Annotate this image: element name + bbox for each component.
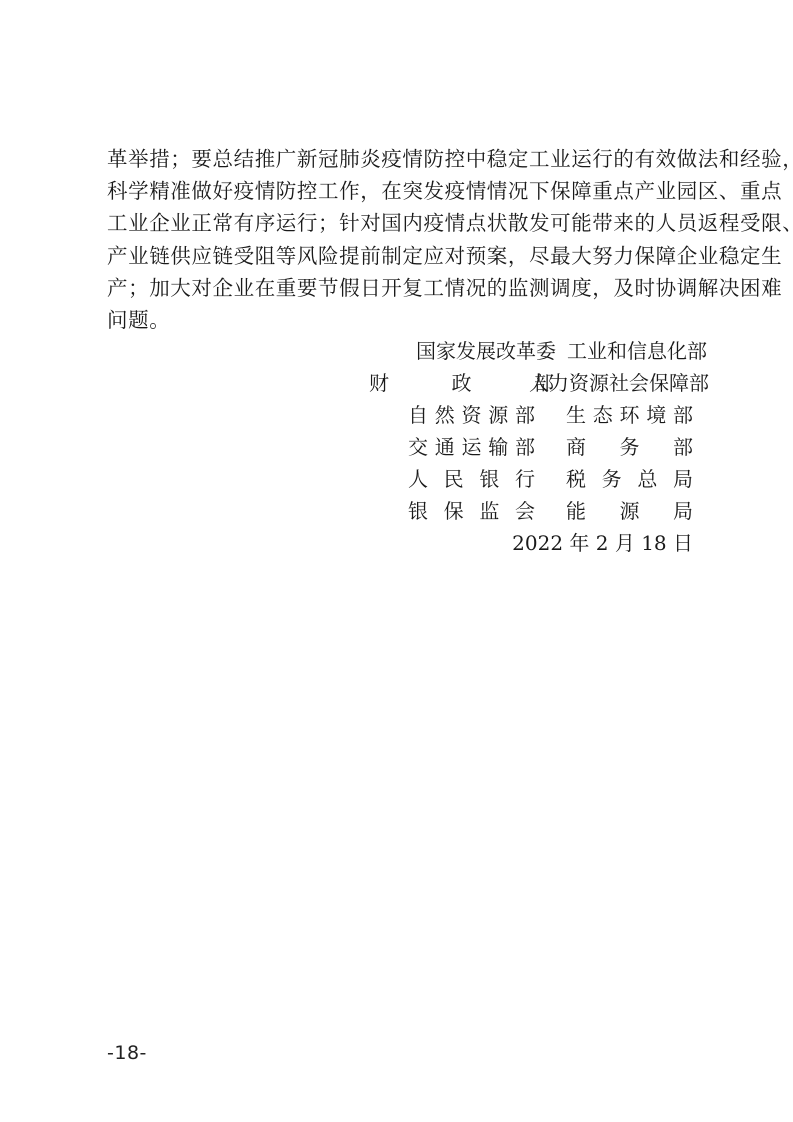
document-date: 2022 年 2 月 18 日: [512, 528, 693, 558]
signatory-mot: 交通运输部: [408, 432, 535, 462]
paragraph-line: 产；加大对企业在重要节假日开复工情况的监测调度，及时协调解决困难: [107, 272, 703, 304]
body-paragraph: 革举措；要总结推广新冠肺炎疫情防控中稳定工业运行的有效做法和经验， 科学精准做好…: [107, 143, 703, 336]
signatory-miit: 工业和信息化部: [567, 336, 693, 366]
signatory-mohrss: 人力资源社会保障部: [529, 368, 693, 398]
signatory-mee: 生态环境部: [566, 400, 693, 430]
signatory-row: 交通运输部 商务部: [0, 432, 793, 462]
signatory-ndrc: 国家发展改革委: [416, 336, 556, 366]
signatory-cbirc: 银保监会: [408, 496, 535, 526]
paragraph-line: 科学精准做好疫情防控工作，在突发疫情情况下保障重点产业园区、重点: [107, 175, 703, 207]
signatory-row: 银保监会 能源局: [0, 496, 793, 526]
signatory-row: 财政部 人力资源社会保障部: [0, 368, 793, 398]
signatory-row: 自然资源部 生态环境部: [0, 400, 793, 430]
paragraph-line: 产业链供应链受阻等风险提前制定应对预案，尽最大努力保障企业稳定生: [107, 240, 703, 272]
paragraph-line: 革举措；要总结推广新冠肺炎疫情防控中稳定工业运行的有效做法和经验，: [107, 143, 703, 175]
signatory-sat: 税务总局: [566, 464, 693, 494]
signatory-mof: 财政部: [369, 368, 554, 398]
signatory-mofcom: 商务部: [566, 432, 693, 462]
page-number: -18-: [107, 1042, 147, 1064]
signatory-row: 人民银行 税务总局: [0, 464, 793, 494]
paragraph-line: 问题。: [107, 304, 703, 336]
document-page: 革举措；要总结推广新冠肺炎疫情防控中稳定工业运行的有效做法和经验， 科学精准做好…: [0, 0, 793, 1122]
signatory-row: 国家发展改革委 工业和信息化部: [0, 336, 793, 366]
paragraph-line: 工业企业正常有序运行；针对国内疫情点状散发可能带来的人员返程受限、: [107, 207, 703, 239]
signatory-mnr: 自然资源部: [408, 400, 535, 430]
signatory-pboc: 人民银行: [408, 464, 535, 494]
signatory-nea: 能源局: [566, 496, 693, 526]
